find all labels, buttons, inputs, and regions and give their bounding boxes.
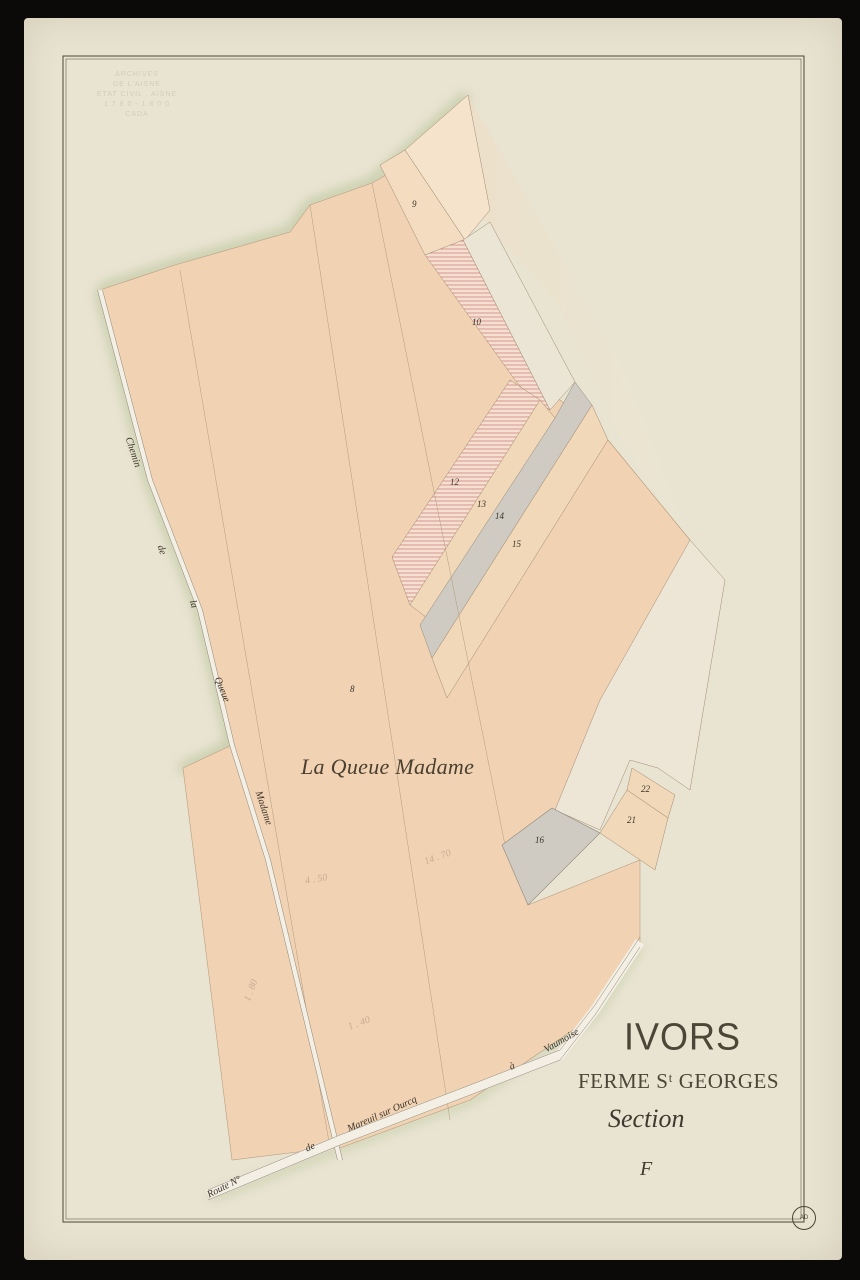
- parcel-number-16: 16: [535, 835, 544, 845]
- parcel-number-8: 8: [350, 684, 355, 694]
- parcel-number-9: 9: [412, 199, 417, 209]
- parcel-number-10: 10: [472, 317, 481, 327]
- stamp-line: 1 7 8 0 - 1 8 0 0: [72, 100, 202, 110]
- parcel-number-21: 21: [627, 815, 636, 825]
- parcel-number-15: 15: [512, 539, 521, 549]
- parcel-number-12: 12: [450, 477, 459, 487]
- section-letter: F: [640, 1158, 652, 1181]
- archive-stamp-faint: ARCHIVES DE L'AISNE ETAT CIVIL . AISNE 1…: [72, 70, 202, 120]
- parcel-number-22: 22: [641, 784, 650, 794]
- stamp-line: ARCHIVES: [72, 70, 202, 80]
- commune-title: IVORS: [624, 1015, 741, 1059]
- stamp-line: DE L'AISNE: [72, 80, 202, 90]
- lieu-dit-label: La Queue Madame: [301, 754, 474, 780]
- section-label: Section: [608, 1104, 685, 1134]
- parcel-number-13: 13: [477, 499, 486, 509]
- archive-seal-icon: AD: [792, 1206, 816, 1230]
- stamp-line: ETAT CIVIL . AISNE: [72, 90, 202, 100]
- stamp-line: CADA: [72, 110, 202, 120]
- farm-title: FERME Sᵗ GEORGES: [578, 1069, 779, 1094]
- parcel-number-14: 14: [495, 511, 504, 521]
